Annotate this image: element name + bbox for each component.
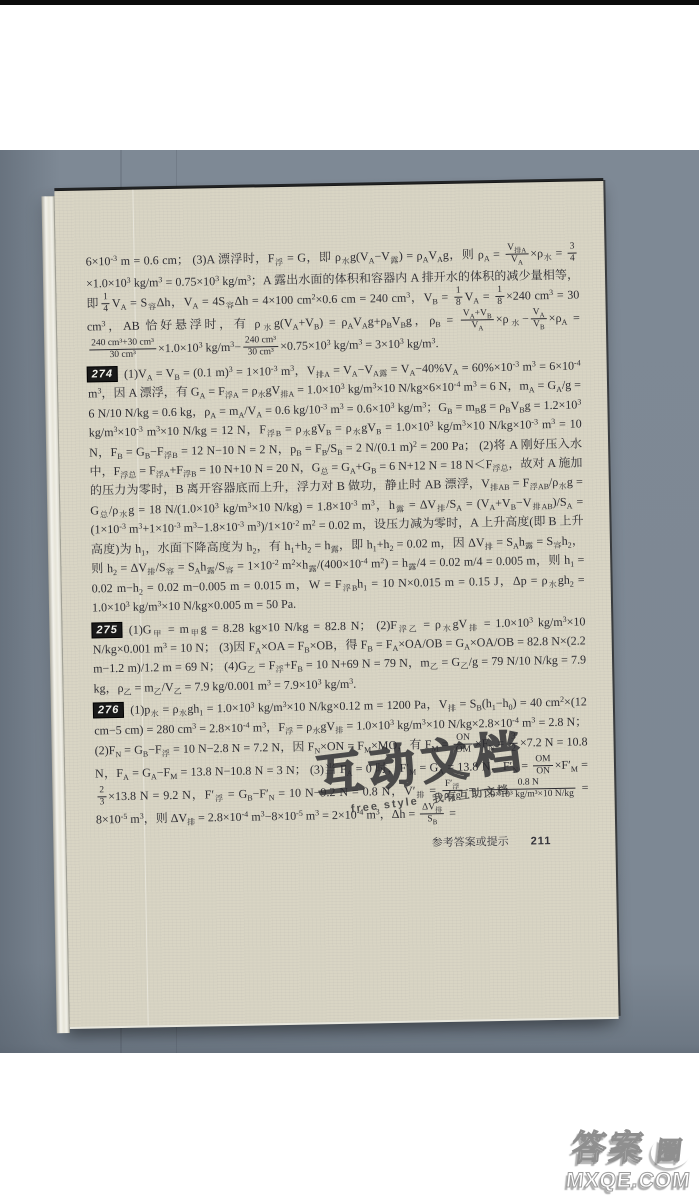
answers-text: 6×10-3 m = 0.6 cm； (3)A 漂浮时，F浮 = G，即 ρ水g… xyxy=(85,243,589,832)
answer-math-text: (1)p水 = ρ水gh1 = 1.0×103 kg/m3×10 N/kg×0.… xyxy=(94,695,588,827)
answer-block: 275(1)G甲 = m甲g = 8.28 kg×10 N/kg = 82.8 … xyxy=(92,612,586,699)
page-footer: 参考答案或提示211 xyxy=(96,832,589,859)
answer-math-text: (1)G甲 = m甲g = 8.28 kg×10 N/kg = 82.8 N； … xyxy=(93,614,587,695)
problem-number-badge: 275 xyxy=(92,622,122,637)
bottom-white-band: 答案圈 MXQE.COM xyxy=(0,1053,699,1200)
watermark-title: 答案圈 xyxy=(568,1130,697,1168)
watermark-site: MXQE.COM xyxy=(565,1168,692,1194)
footer-page-number: 211 xyxy=(531,835,552,847)
watermark-circled-char: 圈 xyxy=(650,1135,693,1168)
answer-block: 6×10-3 m = 0.6 cm； (3)A 漂浮时，F浮 = G，即 ρ水g… xyxy=(85,243,580,363)
answer-block: 274(1)VA = VB = (0.1 m)3 = 1×10-3 m3，V排A… xyxy=(88,356,586,618)
watermark-title-text: 答案 xyxy=(571,1129,649,1167)
photo-viewport: 6×10-3 m = 0.6 cm； (3)A 漂浮时，F浮 = G，即 ρ水g… xyxy=(0,0,699,1200)
gray-backdrop: 6×10-3 m = 0.6 cm； (3)A 漂浮时，F浮 = G，即 ρ水g… xyxy=(0,150,699,1053)
problem-number-badge: 274 xyxy=(88,367,118,382)
page-content: 6×10-3 m = 0.6 cm； (3)A 漂浮时，F浮 = G，即 ρ水g… xyxy=(54,181,618,1027)
answer-block: 276(1)p水 = ρ水gh1 = 1.0×103 kg/m3×10 N/kg… xyxy=(94,693,589,832)
answer-circle-watermark: 答案圈 MXQE.COM xyxy=(565,1130,696,1194)
book-page: 6×10-3 m = 0.6 cm； (3)A 漂浮时，F浮 = G，即 ρ水g… xyxy=(54,181,618,1027)
answer-math-text: (1)VA = VB = (0.1 m)3 = 1×10-3 m3，V排A = … xyxy=(88,358,585,614)
footer-label: 参考答案或提示 xyxy=(432,835,509,848)
top-white-band xyxy=(0,5,699,150)
problem-number-badge: 276 xyxy=(94,703,124,718)
answer-math-text: 6×10-3 m = 0.6 cm； (3)A 漂浮时，F浮 = G，即 ρ水g… xyxy=(86,246,580,357)
